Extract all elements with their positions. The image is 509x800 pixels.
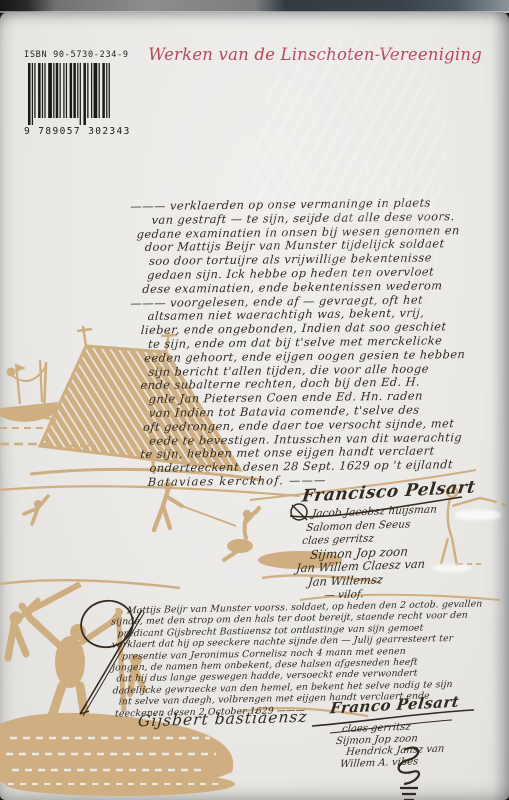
manuscript-paragraph-1: ——— verklaerden op onse vermaninge in pl… <box>146 196 467 490</box>
book-back-cover: ISBN 90-5730-234-9 9 789057 302343 Werke… <box>0 12 509 800</box>
barcode-digits: 9 789057 302343 <box>24 126 131 137</box>
series-title: Werken van de Linschoten-Vereeniging <box>148 45 482 64</box>
isbn-barcode-block: ISBN 90-5730-234-9 9 789057 302343 <box>24 50 131 137</box>
isbn-label: ISBN 90-5730-234-9 <box>24 50 131 60</box>
book-photo: ISBN 90-5730-234-9 9 789057 302343 Werke… <box>0 0 509 800</box>
signature-cluster-1: Francisco Pelsart Jacob Jacobsz huijsman… <box>302 482 476 600</box>
signature-cluster-2: Franco Pelsart claes gerritszSijmon Jop … <box>330 696 459 768</box>
barcode <box>24 63 112 127</box>
signature-pelsaert-2: Franco Pelsart <box>329 693 460 718</box>
